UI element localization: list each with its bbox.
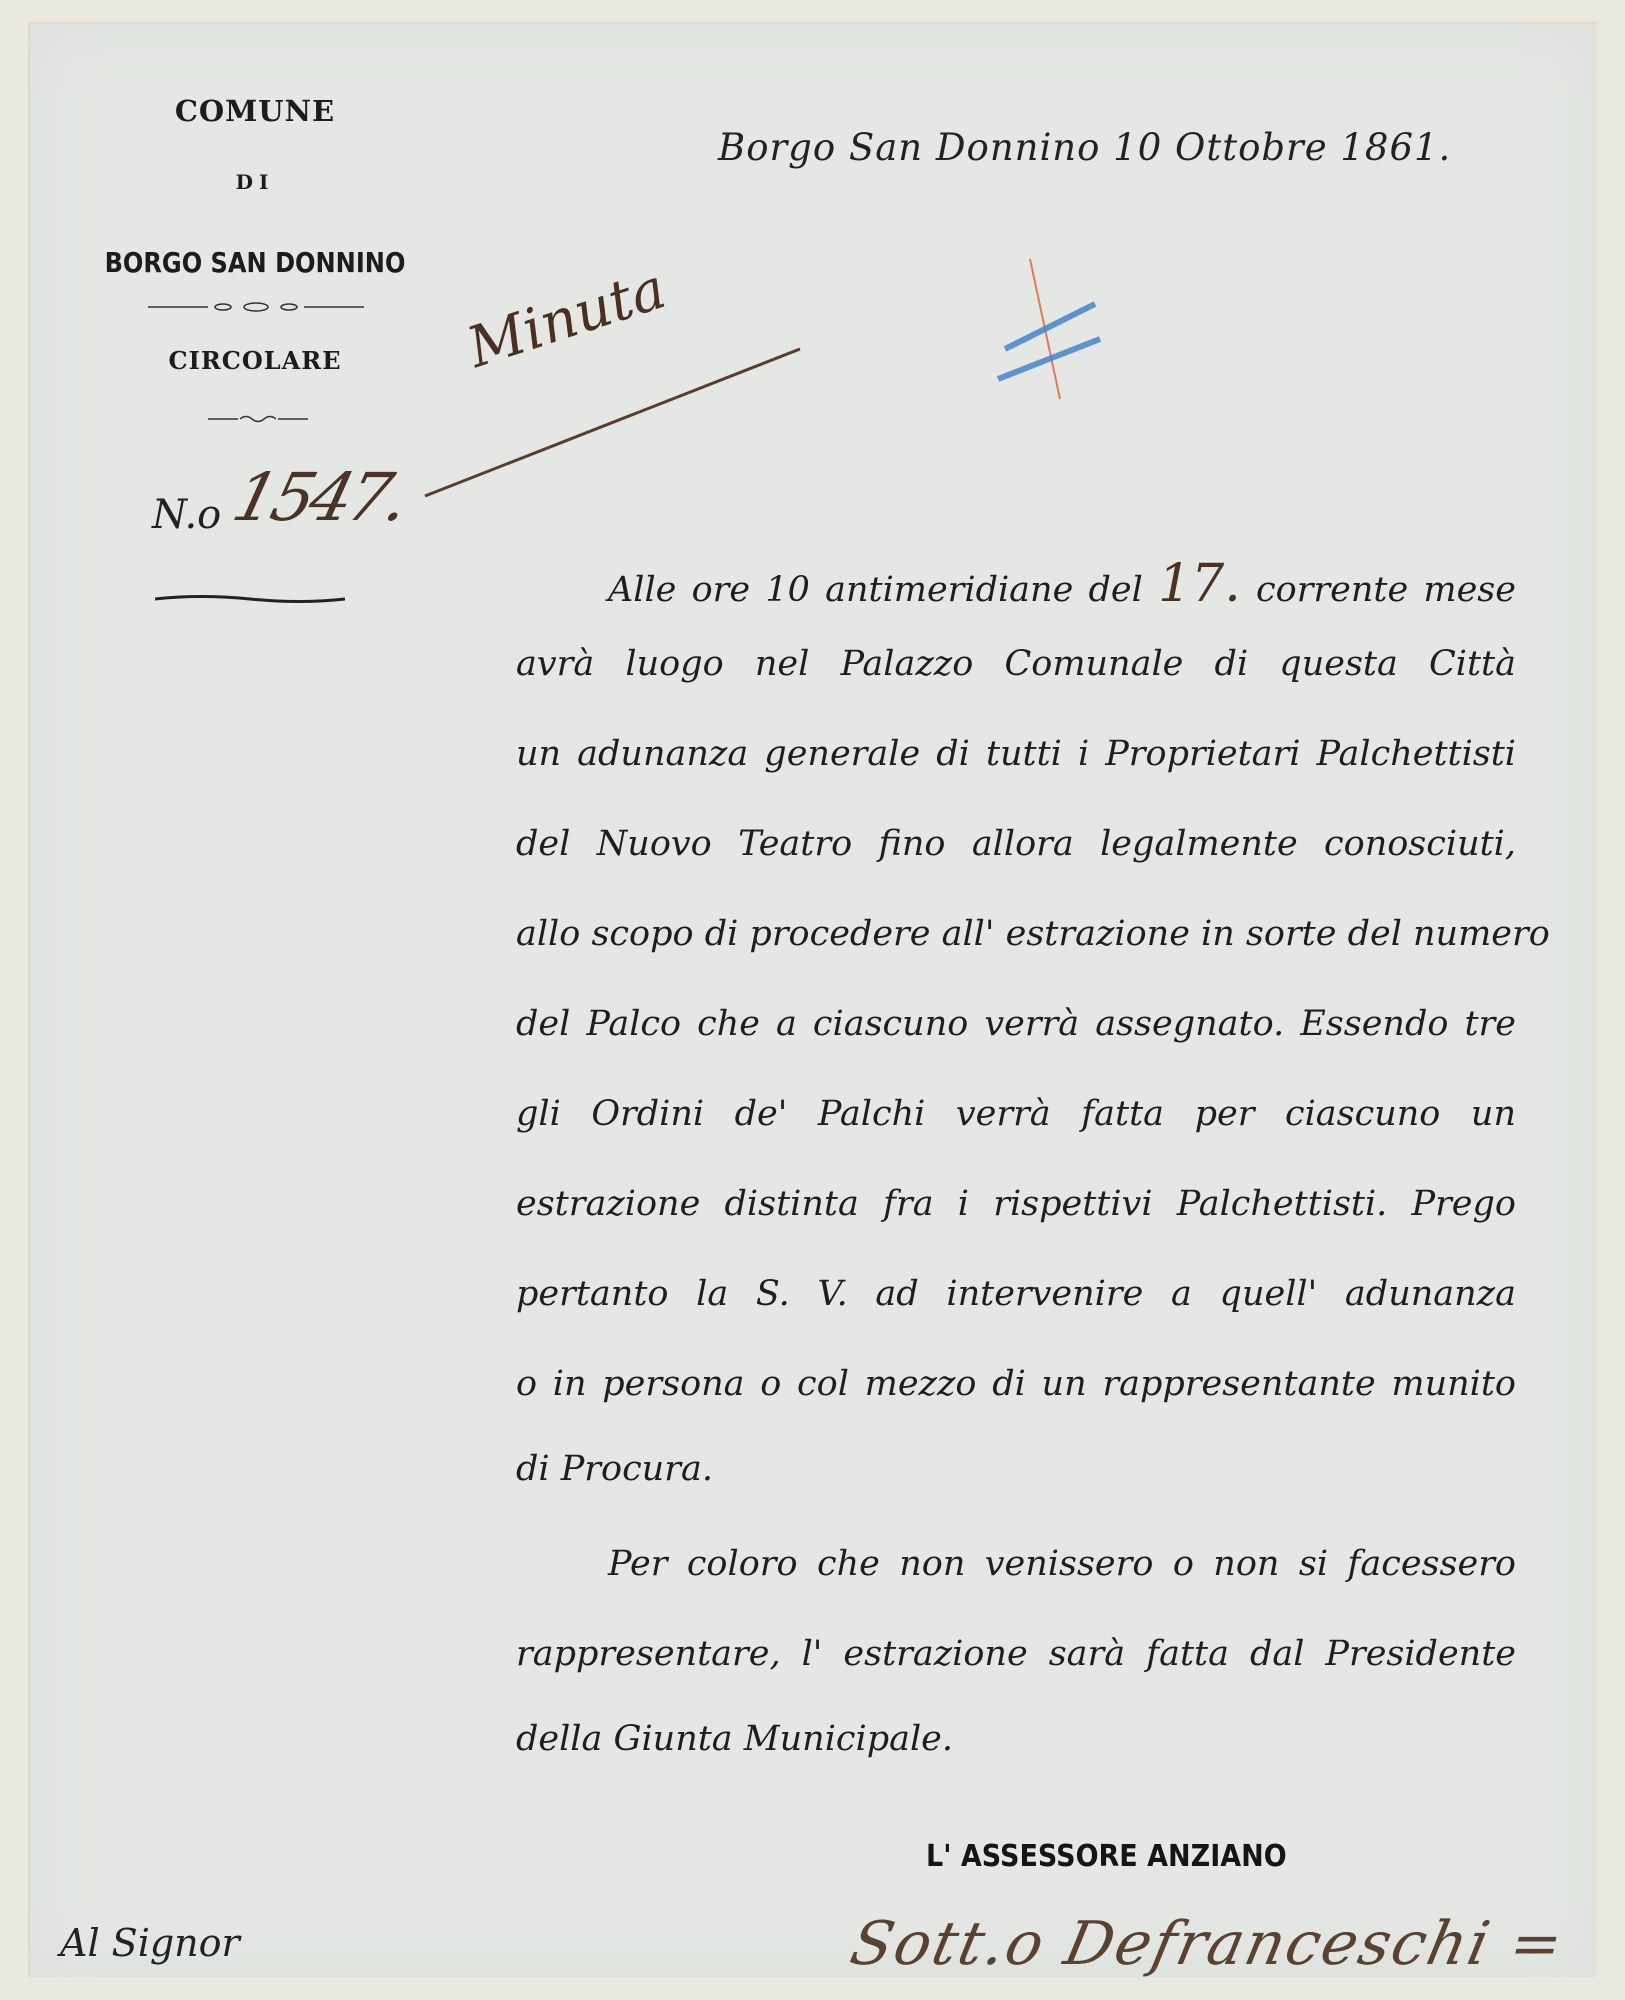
letterhead-town: BORGO SAN DONNINO (100, 246, 410, 279)
body-line-12: Per coloro che non venissero o non si fa… (516, 1544, 1516, 1594)
pencil-marks-icon (960, 249, 1160, 419)
signatory-title: L' ASSESSORE ANZIANO (926, 1839, 1287, 1874)
minuta-stroke-icon (420, 324, 820, 504)
body-line-14: della Giunta Municipale. (516, 1719, 1516, 1769)
body-line-4: del Nuovo Teatro fino allora legalmente … (516, 824, 1516, 874)
handwritten-day: 17. (1158, 554, 1241, 614)
body-line-7: gli Ordini de' Palchi verrà fatta per ci… (516, 1094, 1516, 1144)
ornament-small-icon (208, 414, 308, 424)
ornament-divider-icon (148, 302, 364, 312)
document-page: COMUNE DI BORGO SAN DONNINO CIRCOLARE N.… (28, 22, 1598, 1977)
body-line-10: o in persona o col mezzo di un rappresen… (516, 1364, 1516, 1414)
body-line-6: del Palco che a ciascuno verrà assegnato… (516, 1004, 1516, 1054)
letterhead-type: CIRCOLARE (75, 346, 435, 375)
body-line-5: allo scopo di procedere all' estrazione … (516, 914, 1516, 964)
ornament-swash-icon (155, 592, 345, 606)
body-line-11: di Procura. (516, 1449, 1516, 1499)
body-line-2: avrà luogo nel Palazzo Comunale di quest… (516, 644, 1516, 694)
body-line-8: estrazione distinta fra i rispettivi Pal… (516, 1184, 1516, 1234)
letterhead-comune: COMUNE (75, 94, 435, 128)
body-line-9: pertanto la S. V. ad intervenire a quell… (516, 1274, 1516, 1324)
letterhead-di: DI (75, 170, 435, 194)
body-line-13: rappresentare, l' estrazione sarà fatta … (516, 1634, 1516, 1684)
handwritten-signature: Sott.o Defranceschi = (845, 1909, 1571, 1979)
circular-number-label: N.o (152, 492, 221, 538)
body-line-3: un adunanza generale di tutti i Propriet… (516, 734, 1516, 784)
date-line: Borgo San Donnino 10 Ottobre 1861. (718, 126, 1451, 169)
addressee-label: Al Signor (60, 1921, 240, 1965)
circular-number-handwritten: 1547. (225, 459, 413, 536)
body-line-1: Alle ore 10 antimeridiane del 17. corren… (516, 554, 1516, 604)
